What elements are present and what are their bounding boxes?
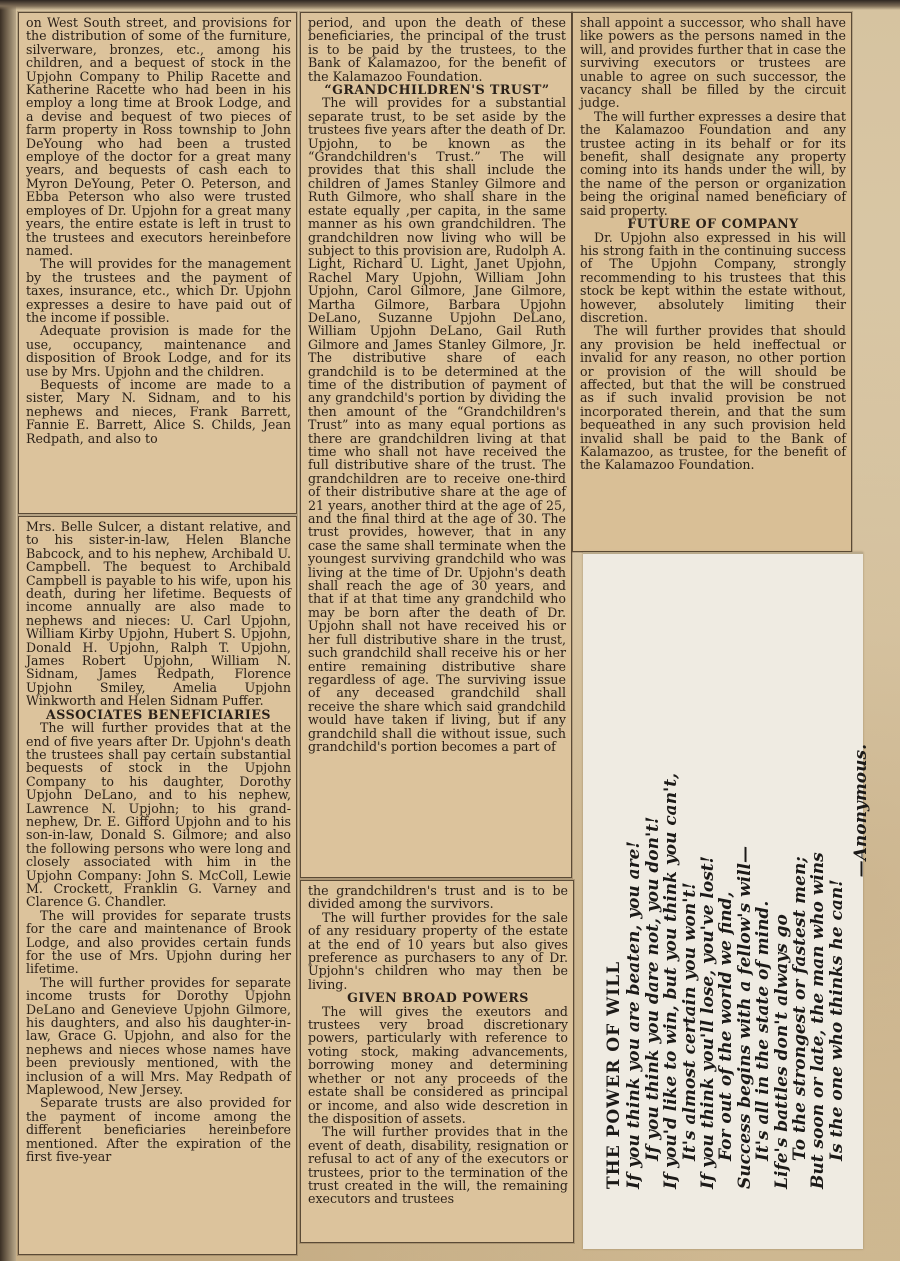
poem-lines: If you think you are beaten, you are!If … bbox=[625, 574, 846, 1189]
section-heading: “GRANDCHILDREN'S TRUST” bbox=[308, 83, 566, 96]
paragraph: The will provides for the management by … bbox=[26, 257, 291, 324]
poem-line: Life's battles don't always go bbox=[773, 574, 791, 1189]
poem-line: For out of the world we find, bbox=[717, 574, 735, 1189]
paragraph: The will gives the exeutors and trustees… bbox=[308, 1005, 568, 1126]
poem-attribution: —Anonymous. bbox=[852, 574, 870, 1189]
paragraph: The will further expresses a desire that… bbox=[580, 110, 846, 217]
poem-line: To the strongest or fastest men; bbox=[791, 574, 809, 1189]
paragraph: period, and upon the death of these bene… bbox=[308, 16, 566, 83]
paragraph: The will provides for separate trusts fo… bbox=[26, 909, 291, 976]
poem-line: If you think you dare not, you don't! bbox=[644, 574, 662, 1189]
poem-line: Success begins with a fellow's will— bbox=[736, 574, 754, 1189]
section-heading: FUTURE OF COMPANY bbox=[580, 217, 846, 230]
clipping-will-part-2: Mrs. Belle Sulcer, a distant relative, a… bbox=[18, 516, 297, 1255]
paragraph: Adequate provision is made for the use, … bbox=[26, 324, 291, 378]
paragraph: Bequests of income are made to a sister,… bbox=[26, 378, 291, 445]
poem-line: If you think you'll lose, you've lost! bbox=[699, 574, 717, 1189]
poem-rotated-text: THE POWER OF WILL If you think you are b… bbox=[583, 554, 863, 1249]
poem-line: If you'd like to win, but you think you … bbox=[662, 574, 680, 1189]
poem-line: If you think you are beaten, you are! bbox=[625, 574, 643, 1189]
poem-title: THE POWER OF WILL bbox=[605, 574, 623, 1189]
poem-line: Is the one who thinks he can! bbox=[828, 574, 846, 1189]
page-top-edge bbox=[0, 0, 900, 10]
page-binding-edge bbox=[0, 0, 16, 1261]
section-heading: GIVEN BROAD POWERS bbox=[308, 991, 568, 1004]
poem-line: It's all in the state of mind. bbox=[754, 574, 772, 1189]
clipping-will-part-5: shall appoint a successor, who shall hav… bbox=[572, 12, 852, 552]
paragraph: The will further provides that at the en… bbox=[26, 721, 291, 909]
poem-line: But soon or late, the man who wins bbox=[809, 574, 827, 1189]
paragraph: The will provides for a substantial sepa… bbox=[308, 96, 566, 753]
paragraph: The will further provides for separate i… bbox=[26, 976, 291, 1097]
clipping-will-part-1: on West South street, and provisions for… bbox=[18, 12, 297, 514]
paragraph: The will further provides for the sale o… bbox=[308, 911, 568, 991]
paragraph: Dr. Upjohn also expressed in his will hi… bbox=[580, 231, 846, 325]
paragraph: Separate trusts are also provided for th… bbox=[26, 1096, 291, 1163]
clipping-will-part-4: the grandchildren's trust and is to be d… bbox=[300, 880, 574, 1243]
paragraph: shall appoint a successor, who shall hav… bbox=[580, 16, 846, 110]
section-heading: ASSOCIATES BENEFICIARIES bbox=[26, 708, 291, 721]
poem-card: THE POWER OF WILL If you think you are b… bbox=[583, 552, 863, 1249]
clipping-will-part-3: period, and upon the death of these bene… bbox=[300, 12, 572, 878]
paragraph: the grandchildren's trust and is to be d… bbox=[308, 884, 568, 911]
paragraph: on West South street, and provisions for… bbox=[26, 16, 291, 257]
poem-line: It's almost certain you won't! bbox=[681, 574, 699, 1189]
paragraph: The will further provides that should an… bbox=[580, 324, 846, 471]
paragraph: The will further provides that in the ev… bbox=[308, 1125, 568, 1205]
paragraph: Mrs. Belle Sulcer, a distant relative, a… bbox=[26, 520, 291, 708]
